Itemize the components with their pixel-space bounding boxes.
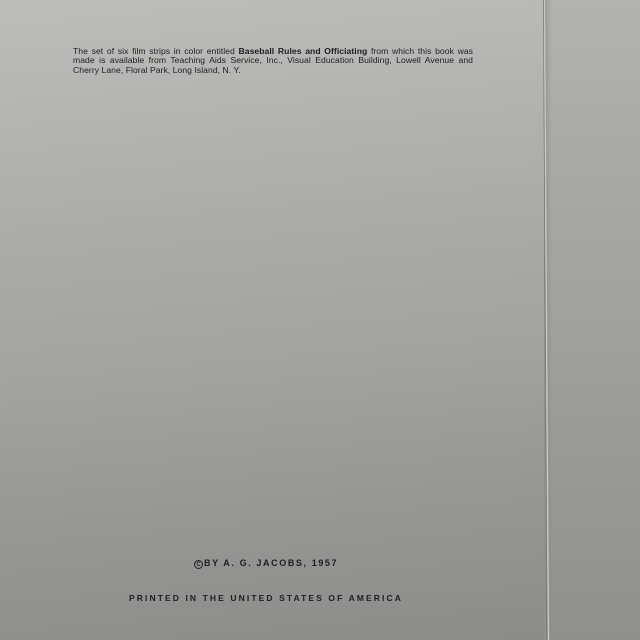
copyright-icon: C [194, 560, 203, 569]
film-strip-title: Baseball Rules and Officiating [239, 46, 368, 56]
copyright-line: CBY A. G. JACOBS, 1957 [194, 558, 338, 569]
right-page [546, 0, 640, 640]
book-spread: The set of six film strips in color enti… [0, 0, 640, 640]
credit-prefix: The set of six film strips in color enti… [73, 46, 239, 56]
printed-in-line: PRINTED IN THE UNITED STATES OF AMERICA [129, 593, 403, 603]
film-strip-credit-paragraph: The set of six film strips in color enti… [73, 47, 473, 76]
left-page: The set of six film strips in color enti… [0, 0, 544, 640]
copyright-text: BY A. G. JACOBS, 1957 [204, 558, 338, 568]
